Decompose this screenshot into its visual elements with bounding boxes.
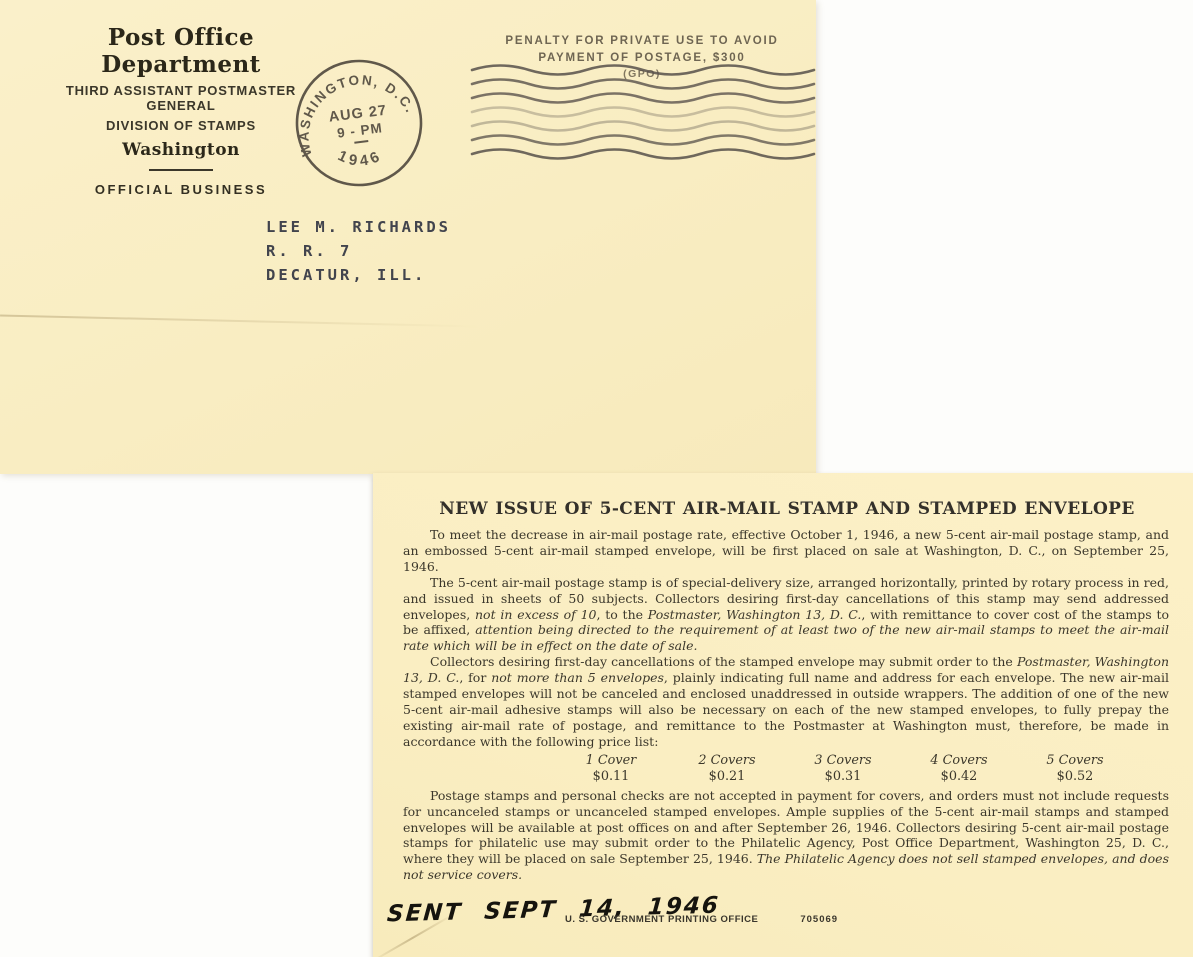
notice-paragraph-1: To meet the decrease in air-mail postage… (403, 527, 1169, 575)
notice-paragraph-4: Postage stamps and personal checks are n… (403, 788, 1169, 883)
sender-division: DIVISION OF STAMPS (36, 118, 326, 133)
postal-card-back: NEW ISSUE OF 5-CENT AIR-MAIL STAMP AND S… (373, 473, 1193, 957)
price-label: 1 Cover (553, 753, 669, 769)
notice-body: To meet the decrease in air-mail postage… (403, 527, 1169, 883)
crease-line (0, 315, 480, 328)
cancellation-wavy-lines-icon (470, 60, 816, 164)
notice-paragraph-2: The 5-cent air-mail postage stamp is of … (403, 575, 1169, 655)
printing-office-number: 705069 (800, 914, 838, 925)
price-value: $0.21 (669, 769, 785, 785)
recipient-street: R. R. 7 (266, 239, 451, 263)
price-column-4: 4 Covers $0.42 (901, 753, 1017, 785)
notice-paragraph-3: Collectors desiring first-day cancellati… (403, 654, 1169, 749)
recipient-address: LEE M. RICHARDS R. R. 7 DECATUR, ILL. (266, 215, 451, 287)
price-value: $0.52 (1017, 769, 1133, 785)
sender-city: Washington (36, 140, 326, 160)
printing-office-line: U. S. GOVERNMENT PRINTING OFFICE705069 (565, 914, 838, 925)
printing-office-label: U. S. GOVERNMENT PRINTING OFFICE (565, 914, 758, 925)
recipient-city: DECATUR, ILL. (266, 263, 451, 287)
notice-title: NEW ISSUE OF 5-CENT AIR-MAIL STAMP AND S… (403, 499, 1171, 519)
sender-block: Post Office Department THIRD ASSISTANT P… (36, 24, 326, 197)
postmark-circle: WASHINGTON, D.C. AUG 27 9 - PM 1946 (280, 44, 438, 202)
price-label: 3 Covers (785, 753, 901, 769)
postmark-year: 1946 (333, 142, 386, 173)
price-label: 4 Covers (901, 753, 1017, 769)
price-column-2: 2 Covers $0.21 (669, 753, 785, 785)
recipient-name: LEE M. RICHARDS (266, 215, 451, 239)
official-business-label: OFFICIAL BUSINESS (36, 182, 326, 197)
price-label: 2 Covers (669, 753, 785, 769)
sender-divider-rule (149, 169, 213, 171)
penalty-line-1: PENALTY FOR PRIVATE USE TO AVOID (468, 33, 816, 50)
price-column-1: 1 Cover $0.11 (553, 753, 669, 785)
svg-text:1946: 1946 (333, 142, 386, 173)
price-label: 5 Covers (1017, 753, 1133, 769)
price-value: $0.31 (785, 769, 901, 785)
postmark-dash (354, 141, 368, 143)
price-list: 1 Cover $0.11 2 Covers $0.21 3 Covers $0… (553, 753, 1133, 785)
postal-card-front: Post Office Department THIRD ASSISTANT P… (0, 0, 816, 474)
price-value: $0.42 (901, 769, 1017, 785)
price-value: $0.11 (553, 769, 669, 785)
price-column-5: 5 Covers $0.52 (1017, 753, 1133, 785)
price-column-3: 3 Covers $0.31 (785, 753, 901, 785)
